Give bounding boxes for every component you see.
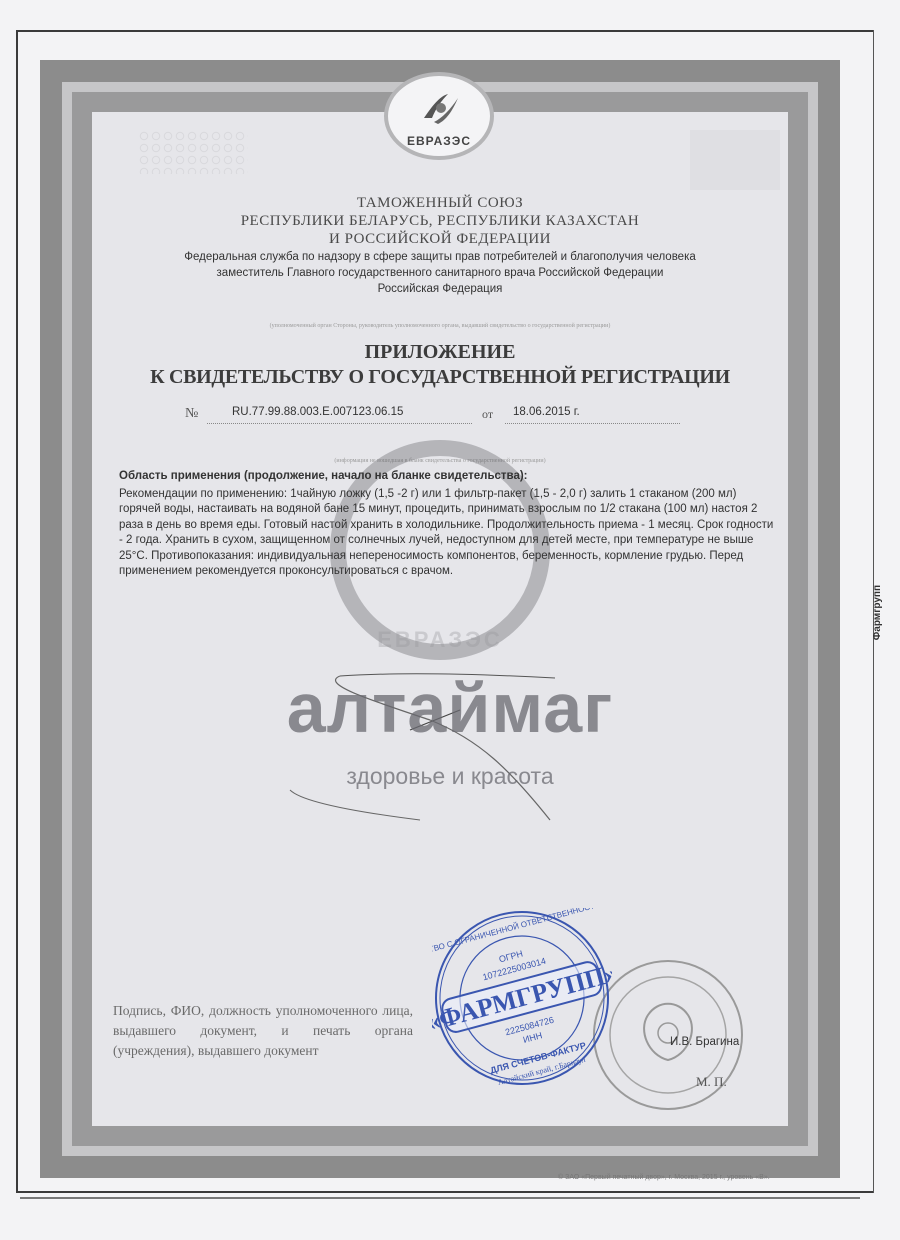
company-stamp-icon: «ФАРМГРУПП» ОГРН 1072225003014 222508472… xyxy=(432,908,612,1088)
header-line: ТАМОЖЕННЫЙ СОЮЗ xyxy=(92,194,788,212)
svg-text:ИНН: ИНН xyxy=(522,1030,543,1045)
government-seal-icon xyxy=(588,955,748,1115)
authority-line: Российская Федерация xyxy=(92,281,788,297)
decorative-pattern-top-right xyxy=(690,130,780,190)
customs-union-header: ТАМОЖЕННЫЙ СОЮЗ РЕСПУБЛИКИ БЕЛАРУСЬ, РЕС… xyxy=(92,194,788,248)
document-title: ПРИЛОЖЕНИЕ xyxy=(92,341,788,364)
bottom-rule xyxy=(20,1197,860,1199)
authority-line: заместитель Главного государственного са… xyxy=(92,265,788,281)
eurasec-logo: ЕВРАЗЭС xyxy=(384,72,494,160)
scope-paragraph: Рекомендации по применению: 1чайную ложк… xyxy=(119,487,779,580)
scope-heading: Область применения (продолжение, начало … xyxy=(119,469,779,485)
from-label: от xyxy=(482,407,493,422)
document-subtitle: К СВИДЕТЕЛЬСТВУ О ГОСУДАРСТВЕННОЙ РЕГИСТ… xyxy=(92,366,788,389)
eurasec-watermark-text: ЕВРАЗЭС xyxy=(330,627,550,653)
date-underline xyxy=(505,423,680,424)
brand-tagline: здоровье и красота xyxy=(220,763,680,790)
registration-line: № RU.77.99.88.003.E.007123.06.15 от 18.0… xyxy=(185,404,685,424)
number-sign: № xyxy=(185,406,198,422)
authority-caption: (уполномоченный орган Стороны, руководит… xyxy=(92,323,788,329)
issuing-authority: Федеральная служба по надзору в сфере за… xyxy=(92,249,788,297)
header-line: И РОССИЙСКОЙ ФЕДЕРАЦИИ xyxy=(92,230,788,248)
authority-line: Федеральная служба по надзору в сфере за… xyxy=(92,249,788,265)
registration-date: 18.06.2015 г. xyxy=(513,406,580,418)
decorative-pattern-top-left xyxy=(138,130,248,174)
printer-note: © ЗАО «Первый печатный двор», г. Москва,… xyxy=(558,1174,770,1181)
seal-mark: М. П. xyxy=(696,1074,727,1090)
eurasec-logo-text: ЕВРАЗЭС xyxy=(388,134,490,148)
registration-number: RU.77.99.88.003.E.007123.06.15 xyxy=(232,406,403,418)
brand-watermark: алтаймаг xyxy=(220,668,680,748)
eurasec-emblem-icon xyxy=(420,88,460,128)
header-line: РЕСПУБЛИКИ БЕЛАРУСЬ, РЕСПУБЛИКИ КАЗАХСТА… xyxy=(92,212,788,230)
signer-name: И.В. Брагина xyxy=(670,1036,739,1048)
signature-label: Подпись, ФИО, должность уполномоченного … xyxy=(113,1001,413,1061)
number-underline xyxy=(207,423,472,424)
application-scope: Область применения (продолжение, начало … xyxy=(119,469,779,580)
side-company-label: Фармгрупп xyxy=(872,585,883,640)
